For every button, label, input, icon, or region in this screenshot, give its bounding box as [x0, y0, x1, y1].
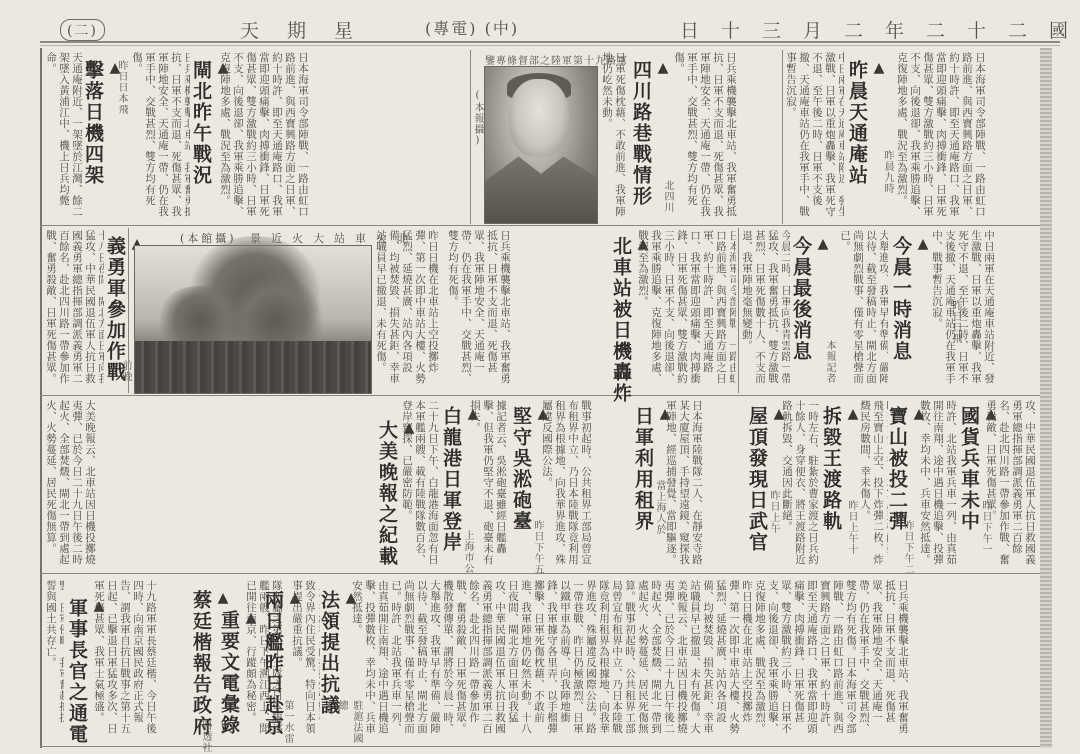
article-body: 昨日日機在北車站上空投擲炸彈、第一次即中車站大樓、火勢猛烈、延燒甚廣、站內各項設… — [374, 230, 439, 392]
article-a14-body: 一時左右、駐紮於曹家渡之日兵約十餘人、身穿便衣、將王渡路附近路軌拆毀、交通因此斷… — [780, 400, 820, 570]
article-body: 路一帶巷戰、昨日仍極激烈、日軍以鐵甲車為前導、向我陣地衝鋒、我軍據守各里弄、以手… — [600, 52, 628, 222]
article-body: 日兵乘機襲擊北車站、我軍奮勇抵抗、日軍不支而退、死傷甚眾、我軍陣地安全、天通庵一… — [446, 230, 511, 392]
fire-photo — [134, 245, 372, 394]
masthead-rule-thin — [40, 45, 1060, 46]
row-divider-2 — [40, 395, 1040, 396]
photo-detail — [135, 341, 371, 393]
article-a21-body: 急、南京國民政府、洛陽行政院、各院部會、各省政府、各軍師旅長、各報館、全國同胞公… — [44, 580, 64, 742]
article-body: 一時左右、駐紮於曹家渡之日兵約十餘人、身穿便衣、將王渡路附近路軌拆毀、交通因此斷… — [780, 400, 819, 570]
article-body: 十九路軍軍長蔡廷楷、今日午後四時、向南京國民政府正式報告、謂我軍自抗日戰事之第十… — [92, 580, 157, 742]
article-a20-body: 十九路軍軍長蔡廷楷、今日午後四時、向南京國民政府正式報告、謂我軍自抗日戰事之第十… — [92, 580, 192, 742]
article-a3: 路一帶巷戰、昨日仍極激烈、日軍以鐵甲車為前導、向我陣地衝鋒、我軍據守各里弄、以手… — [600, 52, 628, 222]
column-divider — [470, 50, 471, 224]
article-body: 機散發傳單、謂將於今晨一時、大舉進攻、我軍早有準備、嚴陣以待、截至發稿時止、閘北… — [838, 230, 888, 392]
column-divider — [738, 228, 739, 393]
article-continued: 日兵乘機襲擊北車站、我軍奮勇抵抗、日軍不支而退、死傷甚眾、我軍陣地安全、天通庵一… — [350, 580, 1036, 742]
article-a7-cont: 中日兩軍在天通庵車站附近、發生激戰、日軍以重炮轟擊、我軍死守不退、至午後二時、日… — [930, 230, 1035, 392]
byline-a15: 昨日下午二 — [900, 520, 915, 575]
article-body: 戰事初起時、公共租界工部局曾宣布租界中立、乃日本陸戰隊竟利用租界為根據地、向我華… — [540, 400, 592, 570]
article-a4-body: 中日兩軍在天通庵車站附近、發生激戰、日軍以重炮轟擊、我軍死守不退、至午後二時、日… — [784, 52, 844, 222]
date-line: 中華民國二十二年二月三十日 — [680, 16, 1080, 43]
article-body: 日本海軍司令部陣戰、一路由虹口路前進、與西寶興路方面之日軍、約十時許、即至天通庵… — [895, 52, 986, 222]
article-body: 日兵乘機襲擊北車站、我軍奮勇抵抗、日軍不支而退、死傷甚眾、我軍陣地安全、天通庵一… — [672, 52, 737, 222]
article-body: 安局昨晚據川沙縣保衛團報告、稱二十九日下午、白龍港海面忽有日本軍艦兩艘、載有陸戰… — [400, 400, 440, 570]
article-a16-body: 時許、北站我軍兵車一列、由真茹開往南翔、途中遇日機追擊、投彈數枚、幸均未中、兵車… — [918, 400, 958, 570]
article-a2: 機襲擊閘北、我軍高射炮隊奮勇射擊、擊落日機四架、其中一架墜於天通庵附近、一架墜於… — [44, 52, 84, 222]
portrait-credit: (本報攝) — [470, 90, 485, 147]
article-a6-cont: 日兵乘機襲擊北車站、我軍奮勇抵抗、日軍不支而退、死傷甚眾、我軍陣地安全、天通庵一… — [446, 230, 606, 392]
article-a1-body-2: 日兵乘機襲擊北車站、我軍奮勇抵抗、日軍不支而退、死傷甚眾、我軍陣地安全、天通庵一… — [130, 52, 190, 222]
page-number: (二) — [60, 19, 105, 41]
article-body: 領事、因日本軍用飛機、於昨日上午在法租界內投擲炸彈數枚、致令界內住民受驚、特向日… — [290, 580, 320, 742]
masthead-rule — [40, 41, 1060, 43]
article-body: 日本海軍陸戰隊二人、在靜安寺路某大廈屋頂、手持望遠鏡、窺探我軍陣地、經巡捕發覺、… — [664, 400, 703, 570]
article-body: 日兵乘機襲擊北車站、我軍奮勇抵抗、日軍不支而退、死傷甚眾、我軍陣地安全、天通庵一… — [130, 52, 190, 222]
article-a5: 十八日夜間、閘北方面日軍向我猛攻、中華民國退伍軍人抗日救國義勇軍總指揮部調派義勇… — [44, 230, 104, 392]
column-divider — [128, 228, 129, 393]
article-body: 時許、北站我軍兵車一列、由真茹開往南翔、途中遇日機追擊、投彈數枚、幸均未中、兵車… — [918, 400, 957, 570]
article-a15-body: 時五十分、有日本軍用飛機兩架、飛至寶山上空、投下炸彈二枚、炸燬民房數間、幸未傷人… — [858, 400, 888, 570]
article-a6-body: 昨日日機在北車站上空投擲炸彈、第一次即中車站大樓、火勢猛烈、延燒甚廣、站內各項設… — [374, 230, 444, 392]
row-divider-1 — [40, 225, 1040, 226]
article-a1: 日本海軍司令部陣戰、一路由虹口路前進、與西寶興路方面之日軍、約十時許、即至天通庵… — [218, 52, 468, 222]
article-a16-cont: 十八日夜間、閘北方面日軍向我猛攻、中華民國退伍軍人抗日救國義勇軍總指揮部調派義勇… — [984, 400, 1036, 570]
byline-a13: 昨日上午 — [766, 490, 781, 534]
article-body: 機襲擊閘北、我軍高射炮隊奮勇射擊、擊落日機四架、其中一架墜於天通庵附近、一架墜於… — [44, 52, 84, 222]
page-edge-bar — [1040, 48, 1052, 748]
article-body: 中日兩軍在天通庵車站附近、發生激戰、日軍以重炮轟擊、我軍死守不退、至午後二時、日… — [784, 52, 844, 222]
article-body: 日本海軍司令部陣戰、一路由虹口路前進、與西寶興路方面之日軍、約十時許、即至天通庵… — [218, 52, 309, 222]
byline-a2: 昨日日本飛 — [114, 60, 129, 115]
article-body: 時五十分、有日本軍用飛機兩架、飛至寶山上空、投下炸彈二枚、炸燬民房數間、幸未傷人… — [858, 400, 888, 570]
masthead: (二) 星期天 (專電) (中) 中華民國二十二年二月三十日 — [40, 14, 1060, 44]
portrait-photo — [484, 66, 598, 224]
photo-detail — [509, 79, 569, 157]
headline-a7: ▲今晨一時消息 — [890, 236, 934, 362]
article-body: 急、南京國民政府、洛陽行政院、各院部會、各省政府、各軍師旅長、各報館、全國同胞公… — [44, 580, 64, 742]
article-body: 今晨二時、日軍向我青雲路一帶猛攻、我軍奮勇抵抗、雙方激戰甚烈、日軍死傷數十人、不… — [740, 230, 790, 392]
row-divider-bottom — [40, 746, 1040, 747]
weekday: 星期天 — [240, 16, 381, 43]
article-a9-body: 大美晚報云、北車站因日機投擲燒夷彈、已於今日二十九日午後二時起火、全部焚燬、閘北… — [44, 400, 374, 570]
byline-a14: 昨日上午十 — [844, 500, 859, 555]
article-a8-body: 今晨二時、日軍向我青雲路一帶猛攻、我軍奮勇抵抗、雙方激戰甚烈、日軍死傷數十人、不… — [740, 230, 790, 392]
article-a12-body: 戰事初起時、公共租界工部局曾宣布租界中立、乃日本陸戰隊竟利用租界為根據地、向我華… — [540, 400, 630, 570]
article-a11-body: 時三十分、有某西人由吳淞返滬、據記者云、吳淞砲臺雖經日艦轟擊、但我軍仍堅守不退、… — [468, 400, 508, 570]
byline-a8: 本報記者 — [822, 340, 837, 384]
article-body: 時三十分、有某西人由吳淞返滬、據記者云、吳淞砲臺雖經日艦轟擊、但我軍仍堅守不退、… — [468, 400, 508, 570]
column-divider — [782, 50, 783, 224]
article-body: 十八日夜間、閘北方面日軍向我猛攻、中華民國退伍軍人抗日救國義勇軍總指揮部調派義勇… — [44, 230, 104, 392]
byline-a20: 路透社 — [198, 720, 213, 753]
article-a10-body: 安局昨晚據川沙縣保衛團報告、稱二十九日下午、白龍港海面忽有日本軍艦兩艘、載有陸戰… — [400, 400, 440, 570]
article-a3-cont: 日兵乘機襲擊北車站、我軍奮勇抵抗、日軍不支而退、死傷甚眾、我軍陣地安全、天通庵一… — [672, 52, 782, 222]
article-a17-body: 領事、因日本軍用飛機、於昨日上午在法租界內投擲炸彈數枚、致令界內住民受驚、特向日… — [290, 580, 320, 742]
byline-a5: 前晚 — [118, 360, 133, 382]
newspaper-page: (二) 星期天 (專電) (中) 中華民國二十二年二月三十日 機襲擊閘北、我軍高… — [0, 0, 1080, 754]
article-body: 大美晚報云、北車站因日機投擲燒夷彈、已於今日二十九日午後二時起火、全部焚燬、閘北… — [44, 400, 96, 570]
byline-a4: 昨晨九時 — [880, 150, 895, 194]
article-a6-tail: 日本海軍司令部陣戰、一路由虹口路前進、與西寶興路方面之日軍、約十時許、即至天通庵… — [636, 230, 736, 392]
article-body: 十八日夜間、閘北方面日軍向我猛攻、中華民國退伍軍人抗日救國義勇軍總指揮部調派義勇… — [984, 400, 1036, 570]
article-a7-body: 機散發傳單、謂將於今晨一時、大舉進攻、我軍早有準備、嚴陣以待、截至發稿時止、閘北… — [838, 230, 888, 392]
article-body: 中日兩軍在天通庵車站附近、發生激戰、日軍以重炮轟擊、我軍死守不退、至午後二時、日… — [930, 230, 995, 392]
article-a4-cont: 日本海軍司令部陣戰、一路由虹口路前進、與西寶興路方面之日軍、約十時許、即至天通庵… — [895, 52, 1035, 222]
article-a13-body: 日本海軍陸戰隊二人、在靜安寺路某大廈屋頂、手持望遠鏡、窺探我軍陣地、經巡捕發覺、… — [664, 400, 744, 570]
article-body: 日兵乘機襲擊北車站、我軍奮勇抵抗、日軍不支而退、死傷甚眾、我軍陣地安全、天通庵一… — [350, 580, 909, 742]
photo-detail — [485, 153, 597, 223]
section-label: (專電) (中) — [425, 16, 519, 39]
article-body: 日本海軍司令部陣戰、一路由虹口路前進、與西寶興路方面之日軍、約十時許、即至天通庵… — [636, 230, 736, 392]
